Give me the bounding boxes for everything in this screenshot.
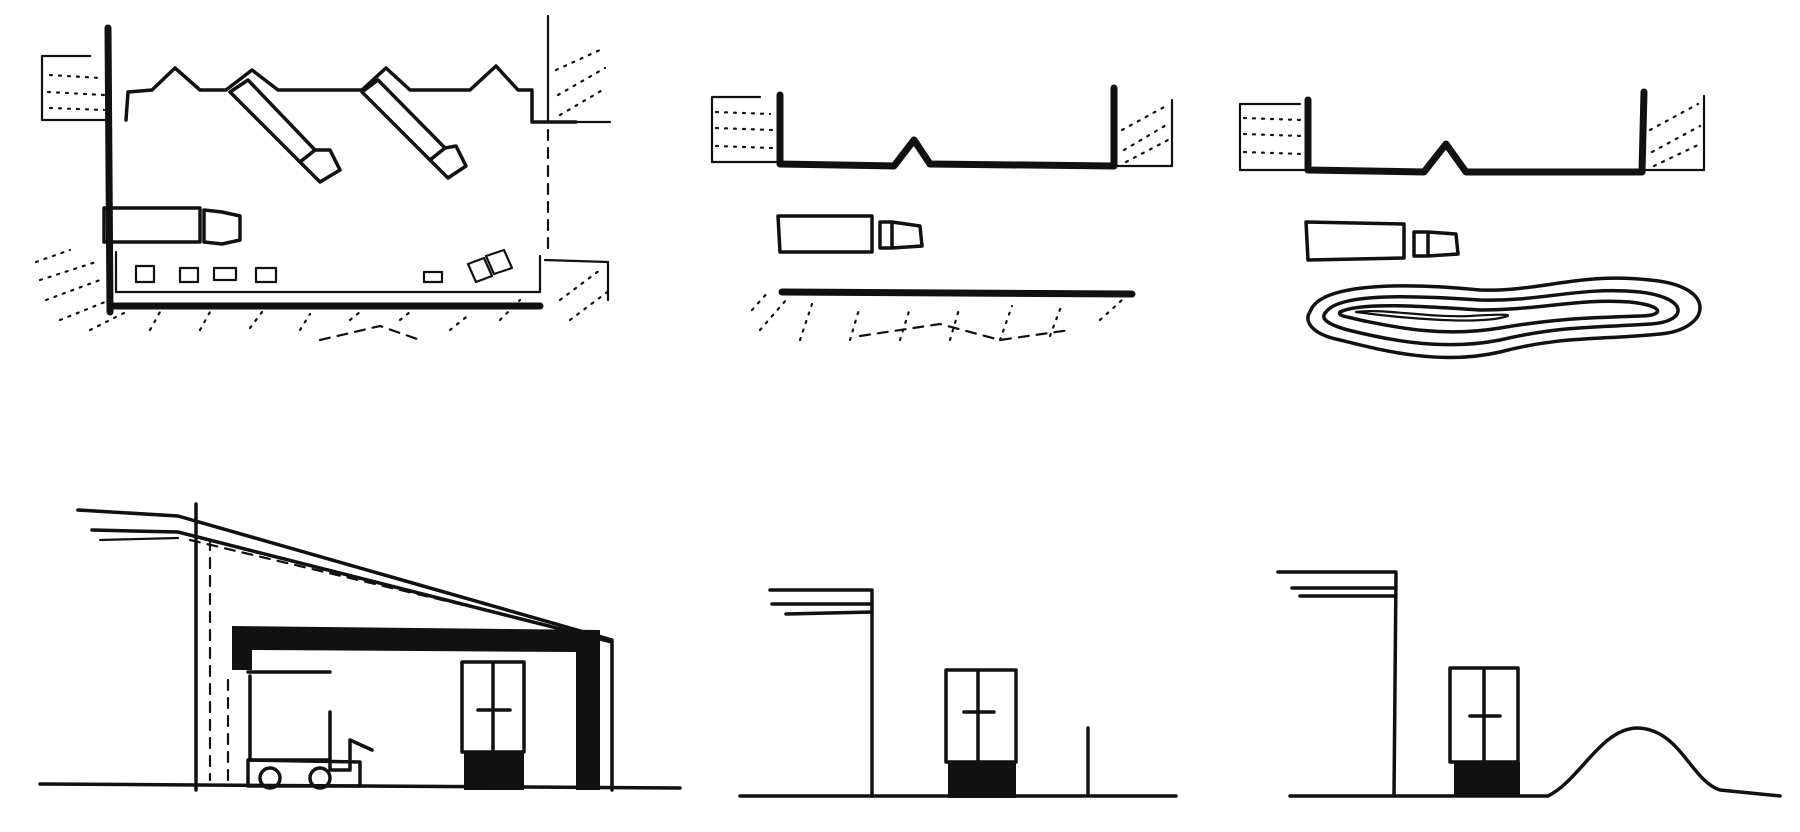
- truck-rear: [1450, 668, 1520, 796]
- truck-straight: [778, 216, 922, 252]
- plan-enclosed-dock: [36, 16, 610, 340]
- truck-rear: [946, 670, 1016, 798]
- building-hatch-right: [1644, 96, 1704, 170]
- parked-items: [136, 250, 512, 282]
- loading-dock-diagram: [0, 0, 1800, 832]
- building-hatch-left: [42, 56, 110, 120]
- ground-hatch: [36, 250, 610, 340]
- ground-hatch: [752, 290, 1122, 340]
- building-hatch-left: [712, 97, 778, 162]
- building-hatch-right: [1116, 100, 1172, 166]
- building-hatch-right: [548, 16, 610, 122]
- berm-profile: [1290, 728, 1780, 796]
- truck-angled-2: [362, 80, 466, 178]
- truck-straight: [1306, 222, 1458, 260]
- section-berm: [1278, 572, 1780, 796]
- plan-screen-wall: [712, 88, 1172, 340]
- truck-angled-1: [230, 80, 340, 182]
- building-hatch-left: [1240, 104, 1306, 170]
- section-enclosed-dock: [40, 504, 680, 790]
- plan-berm: [1240, 92, 1704, 357]
- truck-side: [248, 672, 372, 788]
- dock-frame: [232, 626, 600, 790]
- truck-straight: [104, 208, 240, 244]
- section-screen-wall: [740, 590, 1176, 798]
- berm-contours: [1308, 278, 1700, 357]
- screen-wall: [782, 292, 1132, 294]
- truck-rear: [462, 662, 524, 790]
